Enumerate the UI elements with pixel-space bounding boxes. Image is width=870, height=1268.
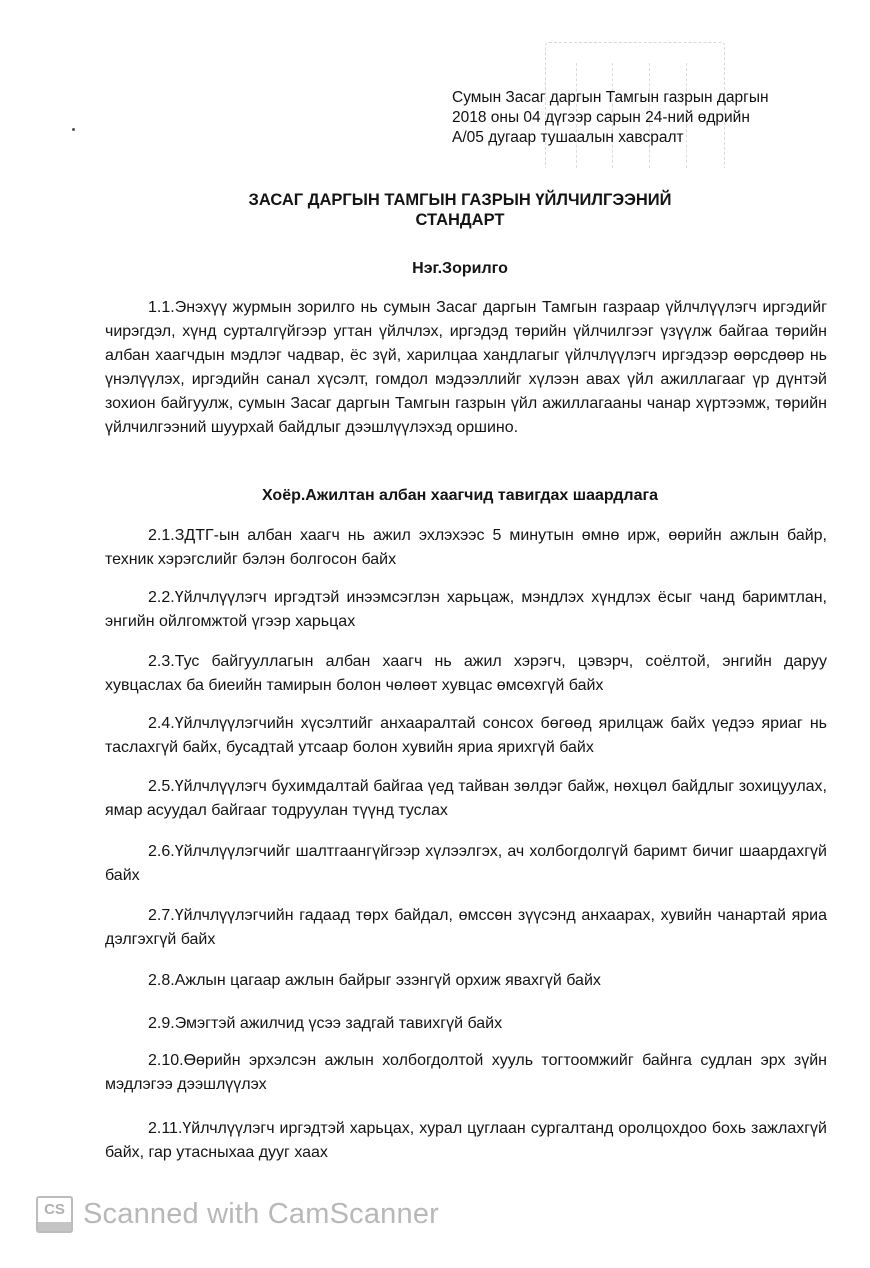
title-line: ЗАСАГ ДАРГЫН ТАМГЫН ГАЗРЫН ҮЙЛЧИЛГЭЭНИЙ [50, 190, 870, 210]
paragraph-2-8: 2.8.Ажлын цагаар ажлын байрыг эзэнгүй ор… [105, 969, 827, 993]
watermark-text: Scanned with CamScanner [83, 1198, 439, 1231]
paragraph-2-3: 2.3.Тус байгууллагын албан хаагч нь ажил… [105, 650, 827, 698]
paragraph-2-7: 2.7.Үйлчлүүлэгчийн гадаад төрх байдал, ө… [105, 904, 827, 952]
camscanner-watermark: CS Scanned with CamScanner [36, 1196, 439, 1233]
section-heading-2: Хоёр.Ажилтан албан хаагчид тавигдах шаар… [0, 487, 870, 505]
paragraph-2-9: 2.9.Эмэгтэй ажилчид үсээ задгай тавихгүй… [105, 1012, 827, 1036]
paragraph-2-11: 2.11.Үйлчлүүлэгч иргэдтэй харьцах, хурал… [105, 1117, 827, 1165]
title-line: СТАНДАРТ [50, 210, 870, 230]
section-heading-1: Нэг.Зорилго [0, 260, 870, 278]
paragraph-2-1: 2.1.ЗДТГ-ын албан хаагч нь ажил эхлэхээс… [105, 524, 827, 572]
annex-line: 2018 оны 04 дүгээр сарын 24-ний өдрийн [452, 108, 769, 128]
annex-line: Сумын Засаг даргын Тамгын газрын даргын [452, 88, 769, 108]
paragraph-2-6: 2.6.Үйлчлүүлэгчийг шалтгаангүйгээр хүлээ… [105, 840, 827, 888]
paragraph-2-4: 2.4.Үйлчлүүлэгчийн хүсэлтийг анхааралтай… [105, 712, 827, 760]
paragraph-2-10: 2.10.Өөрийн эрхэлсэн ажлын холбогдолтой … [105, 1049, 827, 1097]
paragraph-2-2: 2.2.Үйлчлүүлэгч иргэдтэй инээмсэглэн хар… [105, 586, 827, 634]
document-title: ЗАСАГ ДАРГЫН ТАМГЫН ГАЗРЫН ҮЙЛЧИЛГЭЭНИЙ … [0, 190, 870, 230]
scan-speck [72, 128, 75, 131]
annex-line: А/05 дугаар тушаалын хавсралт [452, 128, 769, 148]
paragraph-1-1: 1.1.Энэхүү журмын зорилго нь сумын Засаг… [105, 296, 827, 440]
annex-note: Сумын Засаг даргын Тамгын газрын даргын … [452, 88, 769, 148]
paragraph-2-5: 2.5.Үйлчлүүлэгч бухимдалтай байгаа үед т… [105, 775, 827, 823]
camscanner-logo-icon: CS [36, 1196, 73, 1233]
